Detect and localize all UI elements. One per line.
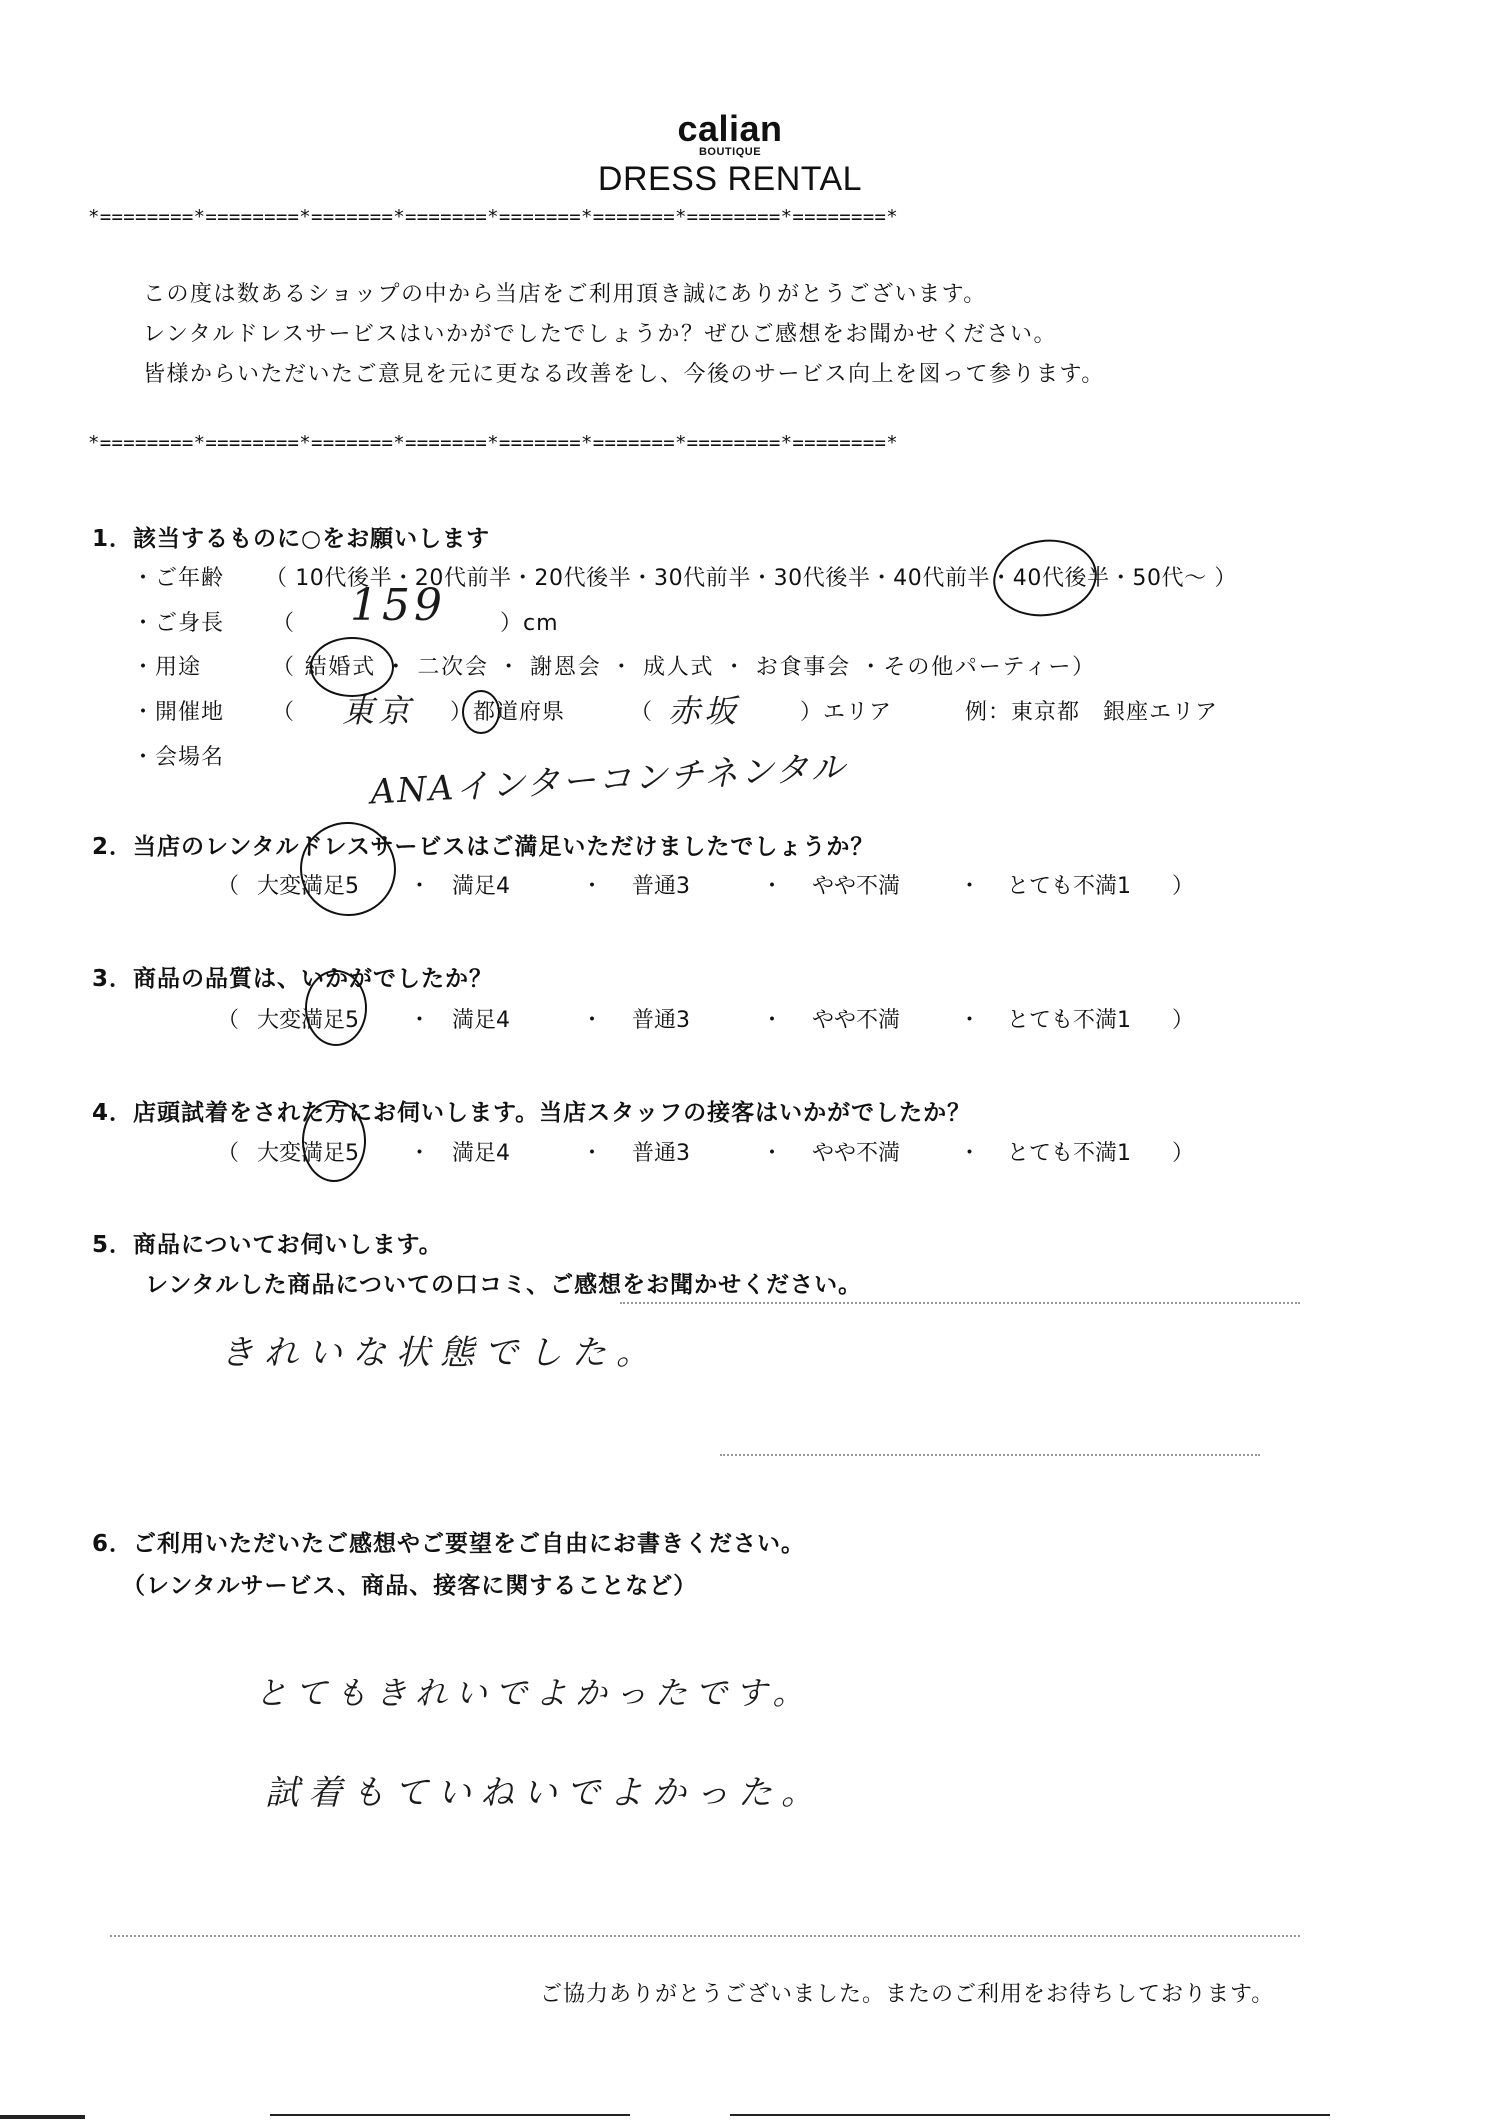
rating-close-paren: ）	[1172, 1003, 1194, 1034]
question-6-handwritten-answer-line-2[interactable]: 試着もていねいでよかった。	[265, 1765, 824, 1814]
rating-sep: ・	[932, 1003, 1007, 1034]
question-5-subtitle: レンタルした商品についての口コミ、ご感想をお聞かせください。	[145, 1266, 862, 1299]
scan-edge-line	[730, 2114, 1330, 2116]
height-open-paren: （	[272, 606, 295, 637]
question-6-handwritten-answer-line-1[interactable]: とてもきれいでよかったです。	[255, 1668, 812, 1714]
rating-option-1[interactable]: とても不満1	[1007, 1136, 1172, 1167]
rating-option-4[interactable]: 満足4	[452, 1136, 552, 1167]
question-1-title: 1．該当するものに○をお願いします	[92, 520, 490, 553]
divider-bottom: *========*========*=======*=======*=====…	[88, 432, 898, 454]
area-open-paren: （	[630, 695, 653, 726]
rating-open-paren: （	[217, 1003, 257, 1034]
venue-open-paren: （	[272, 695, 295, 726]
age-label: ・ご年齢	[132, 561, 224, 592]
question-5-handwritten-answer[interactable]: きれいな状態でした。	[220, 1325, 660, 1374]
brand-logo-name: calian	[0, 108, 1460, 150]
rating-option-1[interactable]: とても不満1	[1007, 869, 1172, 900]
rating-close-paren: ）	[1172, 1136, 1194, 1167]
prefecture-selection-circle	[462, 690, 500, 734]
rating-sep: ・	[387, 1003, 452, 1034]
venue-area-label: ・開催地	[132, 695, 224, 726]
scan-edge-line	[0, 2115, 85, 2119]
rating-open-paren: （	[217, 1136, 257, 1167]
rating-sep: ・	[732, 1003, 812, 1034]
purpose-label: ・用途	[132, 650, 201, 681]
footer-thanks: ご協力ありがとうございました。またのご利用をお待ちしております。	[540, 1977, 1274, 2008]
rating-sep: ・	[732, 869, 812, 900]
rating-sep: ・	[932, 869, 1007, 900]
area-example: 例：東京都 銀座エリア	[965, 695, 1218, 726]
question-5-title: 5．商品についてお伺いします。	[92, 1226, 443, 1259]
rating-sep: ・	[732, 1136, 812, 1167]
rating-sep: ・	[552, 1003, 632, 1034]
rating-option-3[interactable]: 普通3	[632, 869, 732, 900]
area-handwritten-value[interactable]: 赤坂	[668, 686, 740, 732]
height-label: ・ご身長	[132, 606, 224, 637]
rating-option-4[interactable]: 満足4	[452, 1003, 552, 1034]
venue-name-label: ・会場名	[132, 740, 224, 771]
question-3-selection-circle	[305, 970, 367, 1046]
answer-box-top-edge	[620, 1302, 1300, 1304]
rating-sep: ・	[932, 1136, 1007, 1167]
intro-line-1: この度は数あるショップの中から当店をご利用頂き誠にありがとうございます。	[143, 277, 987, 308]
question-4-selection-circle	[302, 1100, 366, 1182]
rating-sep: ・	[552, 1136, 632, 1167]
question-2-title: 2．当店のレンタルドレスサービスはご満足いただけましたでしょうか？	[92, 828, 874, 861]
intro-line-3: 皆様からいただいたご意見を元に更なる改善をし、今後のサービス向上を図って参ります…	[143, 357, 1105, 388]
rating-open-paren: （	[217, 869, 257, 900]
answer-box-bottom-edge	[720, 1454, 1260, 1456]
area-suffix: ）エリア	[800, 695, 892, 726]
rating-option-1[interactable]: とても不満1	[1007, 1003, 1172, 1034]
prefecture-handwritten-value[interactable]: 東京	[342, 686, 414, 732]
rating-option-2[interactable]: やや不満	[812, 1136, 932, 1167]
scan-edge-line	[270, 2114, 630, 2116]
rating-close-paren: ）	[1172, 869, 1194, 900]
divider-top: *========*========*=======*=======*=====…	[88, 206, 898, 228]
purpose-options[interactable]: （ 結婚式 ・ 二次会 ・ 謝恩会 ・ 成人式 ・ お食事会 ・その他パーティー…	[272, 650, 1096, 681]
brand-logo-sub: BOUTIQUE	[0, 146, 1460, 158]
height-unit: ）cm	[500, 606, 559, 637]
rating-option-2[interactable]: やや不満	[812, 1003, 932, 1034]
height-handwritten-value[interactable]: 159	[350, 580, 446, 631]
rating-sep: ・	[552, 869, 632, 900]
question-4-title: 4．店頭試着をされた方にお伺いします。当店スタッフの接客はいかがでしたか？	[92, 1094, 971, 1127]
question-6-subtitle: （レンタルサービス、商品、接客に関することなど）	[122, 1567, 697, 1600]
rating-option-3[interactable]: 普通3	[632, 1136, 732, 1167]
question-3-title: 3．商品の品質は、いかがでしたか？	[92, 960, 493, 993]
rating-option-2[interactable]: やや不満	[812, 869, 932, 900]
rating-sep: ・	[387, 869, 452, 900]
question-6-title: 6．ご利用いただいたご感想やご要望をご自由にお書きください。	[92, 1525, 805, 1558]
rating-sep: ・	[387, 1136, 452, 1167]
rating-option-3[interactable]: 普通3	[632, 1003, 732, 1034]
venue-name-handwritten-value[interactable]: ANAインターコンチネンタル	[369, 740, 848, 814]
intro-line-2: レンタルドレスサービスはいかがでしたでしょうか？ぜひご感想をお聞かせください。	[143, 317, 1057, 348]
page-title: DRESS RENTAL	[0, 160, 1460, 199]
age-selection-circle	[988, 533, 1102, 623]
answer-box-bottom-edge	[110, 1935, 1300, 1937]
rating-option-4[interactable]: 満足4	[452, 869, 552, 900]
